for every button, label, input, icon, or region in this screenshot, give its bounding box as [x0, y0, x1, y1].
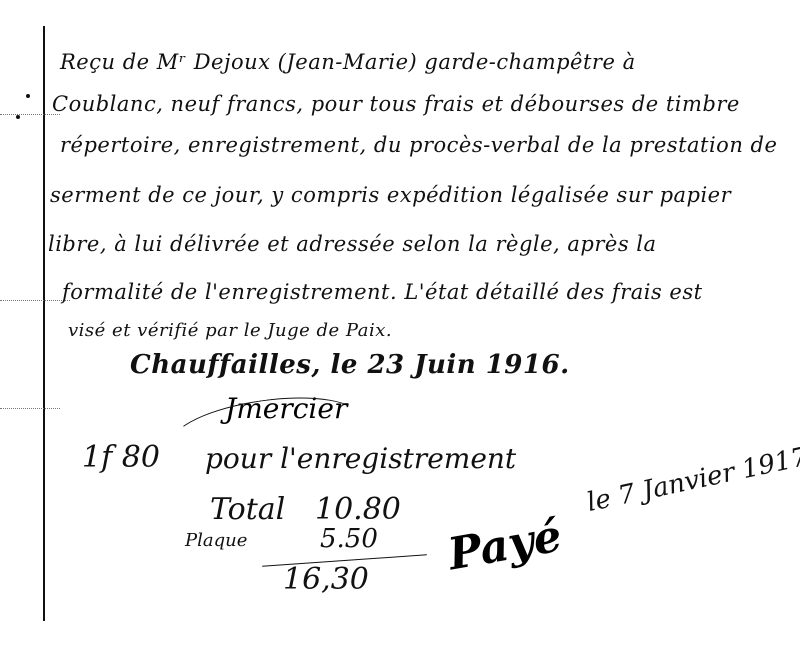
fee-label: pour l'enregistrement	[205, 442, 516, 475]
body-line-6: formalité de l'enregistrement. L'état dé…	[62, 280, 703, 304]
place-date: Chauffailles, le 23 Juin 1916.	[130, 350, 570, 380]
plaque-value: 5.50	[320, 524, 378, 554]
body-line-3: répertoire, enregistrement, du procès-ve…	[60, 133, 777, 157]
margin-rule	[43, 26, 45, 621]
ink-spot	[16, 115, 20, 119]
body-line-4: serment de ce jour, y compris expédition…	[50, 183, 731, 207]
fee-date-note: le 7 Janvier 1917	[584, 442, 800, 518]
dotted-rule	[0, 114, 60, 115]
dotted-rule	[0, 300, 70, 301]
plaque-label: Plaque	[185, 530, 247, 551]
fee-amount: 1f 80	[82, 440, 160, 475]
total-value: 10.80	[315, 492, 401, 527]
document-page: Reçu de Mʳ Dejoux (Jean-Marie) garde-cha…	[0, 0, 800, 651]
paid-mark: Payé	[444, 510, 565, 580]
body-line-5: libre, à lui délivrée et adressée selon …	[48, 232, 657, 256]
body-line-1: Reçu de Mʳ Dejoux (Jean-Marie) garde-cha…	[60, 50, 636, 74]
ink-spot	[26, 94, 30, 98]
dotted-rule	[0, 408, 60, 409]
sum-value: 16,30	[283, 562, 369, 597]
body-line-2: Coublanc, neuf francs, pour tous frais e…	[52, 92, 740, 116]
total-label: Total	[210, 492, 285, 527]
body-line-7: visé et vérifié par le Juge de Paix.	[68, 320, 392, 341]
